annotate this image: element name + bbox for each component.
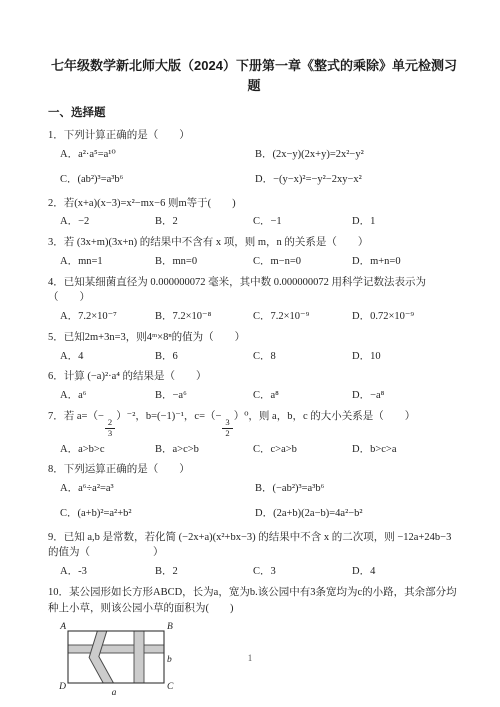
- option-b: B．(2x−y)(2x+y)=2x²−y²: [255, 147, 460, 163]
- options-row: A．a⁶÷a²=a³ B．(−ab²)³=a³b⁶ C．(a+b)²=a²+b²…: [60, 481, 460, 522]
- option-c: C．7.2×10⁻⁹: [253, 309, 352, 325]
- option-c: C．−1: [253, 214, 352, 230]
- option-a: A．a⁶: [60, 388, 155, 404]
- options-row: A．a²·a⁵=a¹⁰ B．(2x−y)(2x+y)=2x²−y² C．(ab²…: [60, 147, 460, 188]
- stem-text: ）⁰，则 a，b，c 的大小关系是（ ）: [234, 411, 416, 422]
- question-8: 8．下列运算正确的是（ ） A．a⁶÷a²=a³ B．(−ab²)³=a³b⁶ …: [48, 462, 460, 521]
- option-c: C．(ab²)³=a³b⁶: [60, 172, 255, 188]
- option-c: C．8: [253, 349, 352, 365]
- option-c: C．(a+b)²=a²+b²: [60, 506, 255, 522]
- option-d: D．0.72×10⁻⁹: [352, 309, 460, 325]
- question-5: 5．已知2m+3n=3，则4ᵐ×8ⁿ的值为（ ） A．4 B．6 C．8 D．1…: [48, 330, 460, 365]
- question-9: 9．已知 a,b 是常数，若化简 (−2x+a)(x²+bx−3) 的结果中不含…: [48, 530, 460, 580]
- question-7: 7．若 a=（−23）⁻²，b=(−1)⁻¹，c=（−32）⁰，则 a，b，c …: [48, 409, 460, 458]
- option-b: B．−a⁶: [155, 388, 253, 404]
- option-b: B．mn=0: [155, 254, 253, 270]
- option-a: A．4: [60, 349, 155, 365]
- option-b: B．(−ab²)³=a³b⁶: [255, 481, 460, 497]
- option-d: D．−a⁸: [352, 388, 460, 404]
- option-d: D．m+n=0: [352, 254, 460, 270]
- question-6: 6．计算 (−a)²·a⁴ 的结果是（ ） A．a⁶ B．−a⁶ C．a⁸ D．…: [48, 369, 460, 404]
- option-d: D．1: [352, 214, 460, 230]
- page-title: 七年级数学新北师大版（2024）下册第一章《整式的乘除》单元检测习题: [48, 56, 460, 95]
- fraction-denominator: 2: [222, 429, 232, 439]
- option-d: D．−(y−x)²=−y²−2xy−x²: [255, 172, 460, 188]
- options-row: A．a>b>c B．a>c>b C．c>a>b D．b>c>a: [60, 442, 460, 458]
- option-c: C．a⁸: [253, 388, 352, 404]
- corner-label-b: B: [167, 622, 173, 632]
- question-4: 4．已知某细菌直径为 0.000000072 毫米，其中数 0.00000007…: [48, 275, 460, 325]
- option-b: B．2: [155, 214, 253, 230]
- question-10: 10．某公园形如长方形ABCD，长为a，宽为b.该公园中有3条宽均为c的小路，其…: [48, 585, 460, 702]
- option-a: A．a²·a⁵=a¹⁰: [60, 147, 255, 163]
- question-stem: 2．若(x+a)(x−3)=x²−mx−6 则m等于( ): [48, 196, 460, 212]
- stem-text: ）⁻²，b=(−1)⁻¹，c=（−: [116, 411, 221, 422]
- option-a: A．a⁶÷a²=a³: [60, 481, 255, 497]
- option-b: B．a>c>b: [155, 442, 253, 458]
- question-stem: 8．下列运算正确的是（ ）: [48, 462, 460, 478]
- option-a: A．a>b>c: [60, 442, 155, 458]
- question-stem: 6．计算 (−a)²·a⁴ 的结果是（ ）: [48, 369, 460, 385]
- question-2: 2．若(x+a)(x−3)=x²−mx−6 则m等于( ) A．−2 B．2 C…: [48, 196, 460, 231]
- option-b: B．6: [155, 349, 253, 365]
- option-a: A．7.2×10⁻⁷: [60, 309, 155, 325]
- option-d: D．4: [352, 564, 460, 580]
- question-3: 3．若 (3x+m)(3x+n) 的结果中不含有 x 项，则 m，n 的关系是（…: [48, 235, 460, 270]
- question-stem: 10．某公园形如长方形ABCD，长为a，宽为b.该公园中有3条宽均为c的小路，其…: [48, 585, 460, 617]
- question-1: 1．下列计算正确的是（ ） A．a²·a⁵=a¹⁰ B．(2x−y)(2x+y)…: [48, 128, 460, 187]
- option-c: C．3: [253, 564, 352, 580]
- stem-text: 7．若 a=（−: [48, 411, 104, 422]
- corner-label-d: D: [58, 682, 66, 692]
- options-row: A．4 B．6 C．8 D．10: [60, 349, 460, 365]
- option-c: C．m−n=0: [253, 254, 352, 270]
- options-row: A．7.2×10⁻⁷ B．7.2×10⁻⁸ C．7.2×10⁻⁹ D．0.72×…: [60, 309, 460, 325]
- option-d: D．b>c>a: [352, 442, 460, 458]
- question-stem: 1．下列计算正确的是（ ）: [48, 128, 460, 144]
- option-a: A．-3: [60, 564, 155, 580]
- question-stem: 5．已知2m+3n=3，则4ᵐ×8ⁿ的值为（ ）: [48, 330, 460, 346]
- option-c: C．c>a>b: [253, 442, 352, 458]
- worksheet-page: 七年级数学新北师大版（2024）下册第一章《整式的乘除》单元检测习题 一、选择题…: [0, 0, 500, 707]
- corner-label-a: A: [59, 622, 66, 632]
- option-a: A．−2: [60, 214, 155, 230]
- question-stem: 9．已知 a,b 是常数，若化简 (−2x+a)(x²+bx−3) 的结果中不含…: [48, 530, 460, 562]
- fraction: 32: [222, 418, 232, 439]
- option-d: D．10: [352, 349, 460, 365]
- option-b: B．2: [155, 564, 253, 580]
- fraction-denominator: 3: [105, 429, 115, 439]
- options-row: A．mn=1 B．mn=0 C．m−n=0 D．m+n=0: [60, 254, 460, 270]
- page-number: 1: [0, 652, 500, 666]
- question-stem: 4．已知某细菌直径为 0.000000072 毫米，其中数 0.00000007…: [48, 275, 460, 307]
- options-row: A．-3 B．2 C．3 D．4: [60, 564, 460, 580]
- question-stem: 7．若 a=（−23）⁻²，b=(−1)⁻¹，c=（−32）⁰，则 a，b，c …: [48, 409, 460, 439]
- option-d: D．(2a+b)(2a−b)=4a²−b²: [255, 506, 460, 522]
- corner-label-c: C: [167, 682, 174, 692]
- option-a: A．mn=1: [60, 254, 155, 270]
- bottom-label-a: a: [112, 688, 117, 698]
- section-heading: 一、选择题: [48, 105, 460, 122]
- fraction: 23: [105, 418, 115, 439]
- question-stem: 3．若 (3x+m)(3x+n) 的结果中不含有 x 项，则 m，n 的关系是（…: [48, 235, 460, 251]
- option-b: B．7.2×10⁻⁸: [155, 309, 253, 325]
- options-row: A．−2 B．2 C．−1 D．1: [60, 214, 460, 230]
- options-row: A．a⁶ B．−a⁶ C．a⁸ D．−a⁸: [60, 388, 460, 404]
